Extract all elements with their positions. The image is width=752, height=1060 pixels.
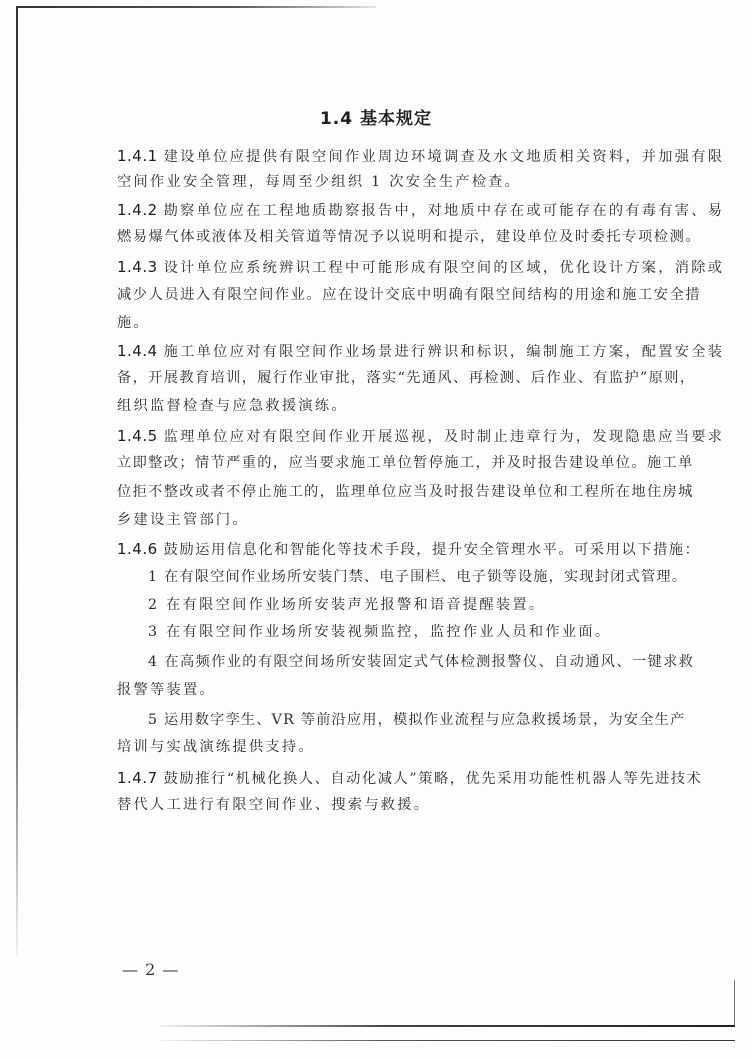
clause-number: 1.4.2 xyxy=(117,201,158,219)
clause-text: 勘察单位应在工程地质勘察报告中，对地质中存在或可能存在的有毒有害、易 xyxy=(164,203,725,219)
clause-text: 设计单位应系统辨识工程中可能形成有限空间的区域，优化设计方案，消除或 xyxy=(164,260,725,276)
clause-1-4-4-line-3: 组织监督检查与应急救援演练。 xyxy=(117,396,647,416)
clause-number: 1.4.4 xyxy=(117,342,158,360)
clause-number: 1.4.7 xyxy=(117,769,158,787)
page-number: — 2 — xyxy=(122,960,179,979)
clause-1-4-5-line-3: 位拒不整改或者不停止施工的，监理单位应当及时报告建设单位和工程所在地住房城 xyxy=(117,482,647,502)
list-item-text: 运用数字孪生、VR 等前沿应用，模拟作业流程与应急救援场景，为安全生产 xyxy=(164,712,685,728)
clause-1-4-4-line-2: 备，开展教育培训，履行作业审批，落实“先通风、再检测、后作业、有监护”原则， xyxy=(117,368,647,388)
clause-number: 1.4.1 xyxy=(117,147,158,165)
list-item-number: 1 xyxy=(148,569,158,585)
clause-1-4-3-line-1: 1.4.3设计单位应系统辨识工程中可能形成有限空间的区域，优化设计方案，消除或 xyxy=(117,257,647,278)
clause-1-4-3-line-2: 减少人员进入有限空间作业。应在设计交底中明确有限空间结构的用途和施工安全措 xyxy=(117,285,647,305)
scan-border-right xyxy=(734,980,735,1026)
scan-border-bottom-thin xyxy=(160,1040,735,1041)
clause-1-4-2-line-1: 1.4.2勘察单位应在工程地质勘察报告中，对地质中存在或可能存在的有毒有害、易 xyxy=(117,200,647,221)
list-item-text: 在高频作业的有限空间场所安装固定式气体检测报警仪、自动通风、一键求救 xyxy=(164,654,694,670)
list-item-5-line-1: 5 运用数字孪生、VR 等前沿应用，模拟作业流程与应急救援场景，为安全生产 xyxy=(148,710,648,730)
clause-text: 鼓励运用信息化和智能化等技术手段，提升安全管理水平。可采用以下措施： xyxy=(164,542,701,558)
list-item-text: 在有限空间作业场所安装视频监控，监控作业人员和作业面。 xyxy=(166,624,611,640)
clause-text: 监理单位应对有限空间作业开展巡视，及时制止违章行为，发现隐患应当要求 xyxy=(164,429,725,445)
list-item-2: 2 在有限空间作业场所安装声光报警和语音提醒装置。 xyxy=(148,595,648,615)
section-heading: 1.4 基本规定 xyxy=(0,104,752,129)
clause-number: 1.4.5 xyxy=(117,427,158,445)
list-item-text: 在有限空间作业场所安装声光报警和语音提醒装置。 xyxy=(166,597,545,613)
document-page: 1.4 基本规定 1.4.1建设单位应提供有限空间作业周边环境调查及水文地质相关… xyxy=(0,0,752,1060)
list-item-5-line-2: 培训与实战演练提供支持。 xyxy=(117,737,647,757)
clause-1-4-3-line-3: 施。 xyxy=(117,313,647,333)
list-item-3: 3 在有限空间作业场所安装视频监控，监控作业人员和作业面。 xyxy=(148,622,648,642)
list-item-number: 2 xyxy=(148,597,159,613)
list-item-4-line-1: 4 在高频作业的有限空间场所安装固定式气体检测报警仪、自动通风、一键求救 xyxy=(148,652,648,672)
clause-text: 建设单位应提供有限空间作业周边环境调查及水文地质相关资料，并加强有限 xyxy=(164,149,725,165)
clause-1-4-5-line-1: 1.4.5监理单位应对有限空间作业开展巡视，及时制止违章行为，发现隐患应当要求 xyxy=(117,426,647,447)
scan-border-bottom-thick xyxy=(160,1025,735,1027)
clause-1-4-1-line-2: 空间作业安全管理，每周至少组织 1 次安全生产检查。 xyxy=(117,172,647,192)
clause-1-4-5-line-2: 立即整改；情节严重的，应当要求施工单位暂停施工，并及时报告建设单位。施工单 xyxy=(117,453,647,473)
clause-1-4-1-line-1: 1.4.1建设单位应提供有限空间作业周边环境调查及水文地质相关资料，并加强有限 xyxy=(117,146,647,167)
clause-1-4-5-line-4: 乡建设主管部门。 xyxy=(117,510,647,530)
list-item-number: 3 xyxy=(148,624,159,640)
list-item-4-line-2: 报警等装置。 xyxy=(117,680,647,700)
clause-number: 1.4.3 xyxy=(117,258,158,276)
scan-border-top xyxy=(16,6,376,8)
clause-text: 施工单位应对有限空间作业场景进行辨识和标识，编制施工方案，配置安全装 xyxy=(164,344,725,360)
list-item-text: 在有限空间作业场所安装门禁、电子围栏、电子锁等设施，实现封闭式管理。 xyxy=(164,569,687,585)
clause-1-4-6-line-1: 1.4.6鼓励运用信息化和智能化等技术手段，提升安全管理水平。可采用以下措施： xyxy=(117,539,647,560)
scan-border-left xyxy=(16,6,18,956)
clause-1-4-7-line-2: 替代人工进行有限空间作业、搜索与救援。 xyxy=(117,795,647,815)
clause-1-4-2-line-2: 燃易爆气体或液体及相关管道等情况予以说明和提示，建设单位及时委托专项检测。 xyxy=(117,227,647,247)
list-item-number: 5 xyxy=(148,712,158,728)
clause-1-4-7-line-1: 1.4.7鼓励推行“机械化换人、自动化减人”策略，优先采用功能性机器人等先进技术 xyxy=(117,768,647,789)
clause-number: 1.4.6 xyxy=(117,540,158,558)
clause-text: 鼓励推行“机械化换人、自动化减人”策略，优先采用功能性机器人等先进技术 xyxy=(164,771,703,787)
list-item-1: 1 在有限空间作业场所安装门禁、电子围栏、电子锁等设施，实现封闭式管理。 xyxy=(148,567,648,587)
list-item-number: 4 xyxy=(148,654,158,670)
clause-1-4-4-line-1: 1.4.4施工单位应对有限空间作业场景进行辨识和标识，编制施工方案，配置安全装 xyxy=(117,341,647,362)
